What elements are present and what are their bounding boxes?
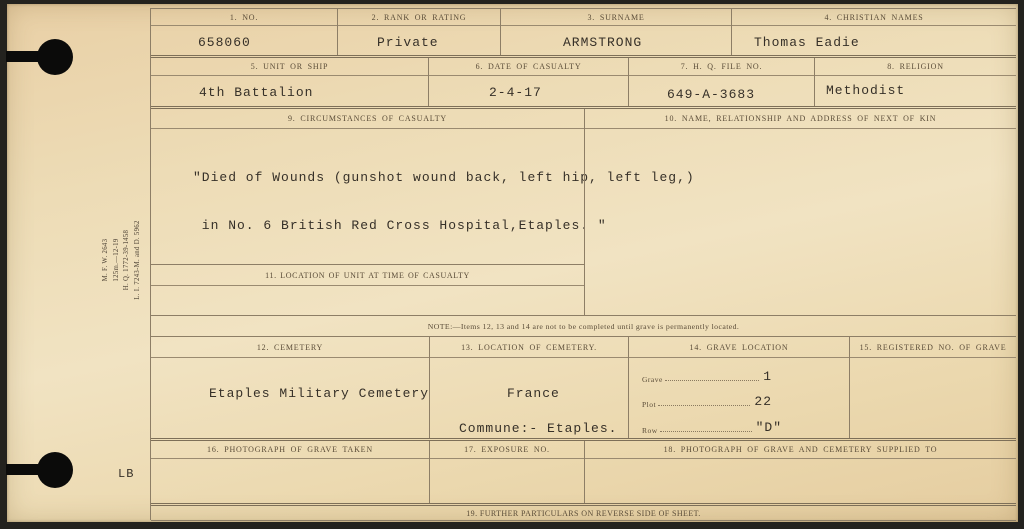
field-exposure-no: 17. EXPOSURE NO. — [429, 441, 584, 503]
row-unit: 5. UNIT OR SHIP 4th Battalion 6. DATE OF… — [151, 58, 1016, 109]
field-cemetery-label: 12. CEMETERY — [151, 337, 429, 358]
form-number-stamp: M. F. W. 2643 125m.—12-19 H. Q. 1772-39-… — [101, 197, 153, 323]
field-date-of-casualty: 6. DATE OF CASUALTY 2-4-17 — [428, 58, 628, 106]
field-cemetery-location-country: France — [507, 386, 560, 401]
margin-mark: LB — [118, 467, 134, 481]
field-rank-label: 2. RANK OR RATING — [338, 9, 500, 26]
field-photo-taken-label: 16. PHOTOGRAPH OF GRAVE TAKEN — [151, 441, 429, 459]
field-grave-location: 14. GRAVE LOCATION Grave 1 Plot 22 Row "… — [628, 337, 849, 438]
field-unit-value: 4th Battalion — [199, 85, 313, 100]
dotted-leader — [658, 404, 750, 406]
field-date-of-casualty-label: 6. DATE OF CASUALTY — [429, 58, 628, 76]
field-photo-supplied: 18. PHOTOGRAPH OF GRAVE AND CEMETERY SUP… — [584, 441, 1016, 503]
stamp-line: M. F. W. 2643 — [101, 197, 112, 323]
dotted-leader — [665, 379, 759, 381]
field-rank-value: Private — [377, 35, 439, 50]
field-next-of-kin-label: 10. NAME, RELATIONSHIP AND ADDRESS OF NE… — [585, 109, 1016, 129]
field-christian-names-value: Thomas Eadie — [754, 35, 860, 50]
field-cemetery-value: Etaples Military Cemetery — [209, 386, 429, 401]
row-identity: 1. NO. 658060 2. RANK OR RATING Private … — [151, 9, 1016, 58]
row-row-value: "D" — [756, 420, 782, 435]
note-strip: NOTE:—Items 12, 13 and 14 are not to be … — [151, 316, 1016, 337]
footer-strip: 19. FURTHER PARTICULARS ON REVERSE SIDE … — [151, 506, 1016, 521]
row-cemetery: 12. CEMETERY Etaples Military Cemetery 1… — [151, 337, 1016, 441]
punch-hole-bottom — [37, 452, 73, 488]
field-rank: 2. RANK OR RATING Private — [337, 9, 500, 55]
stamp-line: L. I. 7243-M. and D. 5962 — [133, 197, 144, 323]
punch-hole-top — [37, 39, 73, 75]
casualty-form-grid: 1. NO. 658060 2. RANK OR RATING Private … — [150, 8, 1016, 520]
field-hq-file-no-label: 7. H. Q. FILE NO. — [629, 58, 814, 76]
field-circumstances: 9. CIRCUMSTANCES OF CASUALTY "Died of Wo… — [151, 109, 584, 315]
field-surname-value: ARMSTRONG — [563, 35, 642, 50]
field-no: 1. NO. 658060 — [151, 9, 337, 55]
scanned-casualty-card: M. F. W. 2643 125m.—12-19 H. Q. 1772-39-… — [0, 0, 1024, 529]
field-religion-label: 8. RELIGION — [815, 58, 1016, 76]
footer-text: 19. FURTHER PARTICULARS ON REVERSE SIDE … — [151, 506, 1016, 520]
field-registered-no: 15. REGISTERED NO. OF GRAVE — [849, 337, 1016, 438]
stamp-line: 125m.—12-19 — [112, 197, 123, 323]
field-religion-value: Methodist — [826, 83, 905, 98]
field-cemetery-location-commune: Commune:- Etaples. — [459, 421, 617, 436]
field-circumstances-label: 9. CIRCUMSTANCES OF CASUALTY — [151, 109, 584, 129]
field-next-of-kin: 10. NAME, RELATIONSHIP AND ADDRESS OF NE… — [584, 109, 1016, 315]
field-no-value: 658060 — [198, 35, 251, 50]
field-christian-names: 4. CHRISTIAN NAMES Thomas Eadie — [731, 9, 1016, 55]
field-date-of-casualty-value: 2-4-17 — [489, 85, 542, 100]
field-cemetery-location-label: 13. LOCATION OF CEMETERY. — [430, 337, 628, 358]
row-photograph: 16. PHOTOGRAPH OF GRAVE TAKEN 17. EXPOSU… — [151, 441, 1016, 506]
field-no-label: 1. NO. — [151, 9, 337, 26]
field-unit-label: 5. UNIT OR SHIP — [151, 58, 428, 76]
field-surname: 3. SURNAME ARMSTRONG — [500, 9, 731, 55]
field-photo-taken: 16. PHOTOGRAPH OF GRAVE TAKEN — [151, 441, 429, 503]
grave-row-label: Grave — [642, 375, 665, 384]
field-grave-location-label: 14. GRAVE LOCATION — [629, 337, 849, 358]
row-row: Row "D" — [642, 420, 782, 435]
field-hq-file-no-value: 649-A-3683 — [667, 87, 755, 102]
field-unit-location-label: 11. LOCATION OF UNIT AT TIME OF CASUALTY — [151, 264, 584, 286]
field-christian-names-label: 4. CHRISTIAN NAMES — [732, 9, 1016, 26]
field-unit: 5. UNIT OR SHIP 4th Battalion — [151, 58, 428, 106]
grave-row: Grave 1 — [642, 369, 772, 384]
row-circumstances: 9. CIRCUMSTANCES OF CASUALTY "Died of Wo… — [151, 109, 1016, 316]
field-registered-no-label: 15. REGISTERED NO. OF GRAVE — [850, 337, 1016, 358]
note-text: NOTE:—Items 12, 13 and 14 are not to be … — [151, 316, 1016, 336]
plot-row-label: Plot — [642, 400, 658, 409]
field-cemetery-location: 13. LOCATION OF CEMETERY. France Commune… — [429, 337, 628, 438]
grave-row-value: 1 — [763, 369, 772, 384]
field-surname-label: 3. SURNAME — [501, 9, 731, 26]
field-hq-file-no: 7. H. Q. FILE NO. 649-A-3683 — [628, 58, 814, 106]
field-cemetery: 12. CEMETERY Etaples Military Cemetery — [151, 337, 429, 438]
stamp-line: H. Q. 1772-39-1458 — [122, 197, 133, 323]
row-row-label: Row — [642, 426, 660, 435]
plot-row-value: 22 — [754, 394, 772, 409]
field-photo-supplied-label: 18. PHOTOGRAPH OF GRAVE AND CEMETERY SUP… — [585, 441, 1016, 459]
field-exposure-no-label: 17. EXPOSURE NO. — [430, 441, 584, 459]
dotted-leader — [660, 430, 752, 432]
field-religion: 8. RELIGION Methodist — [814, 58, 1016, 106]
plot-row: Plot 22 — [642, 394, 772, 409]
